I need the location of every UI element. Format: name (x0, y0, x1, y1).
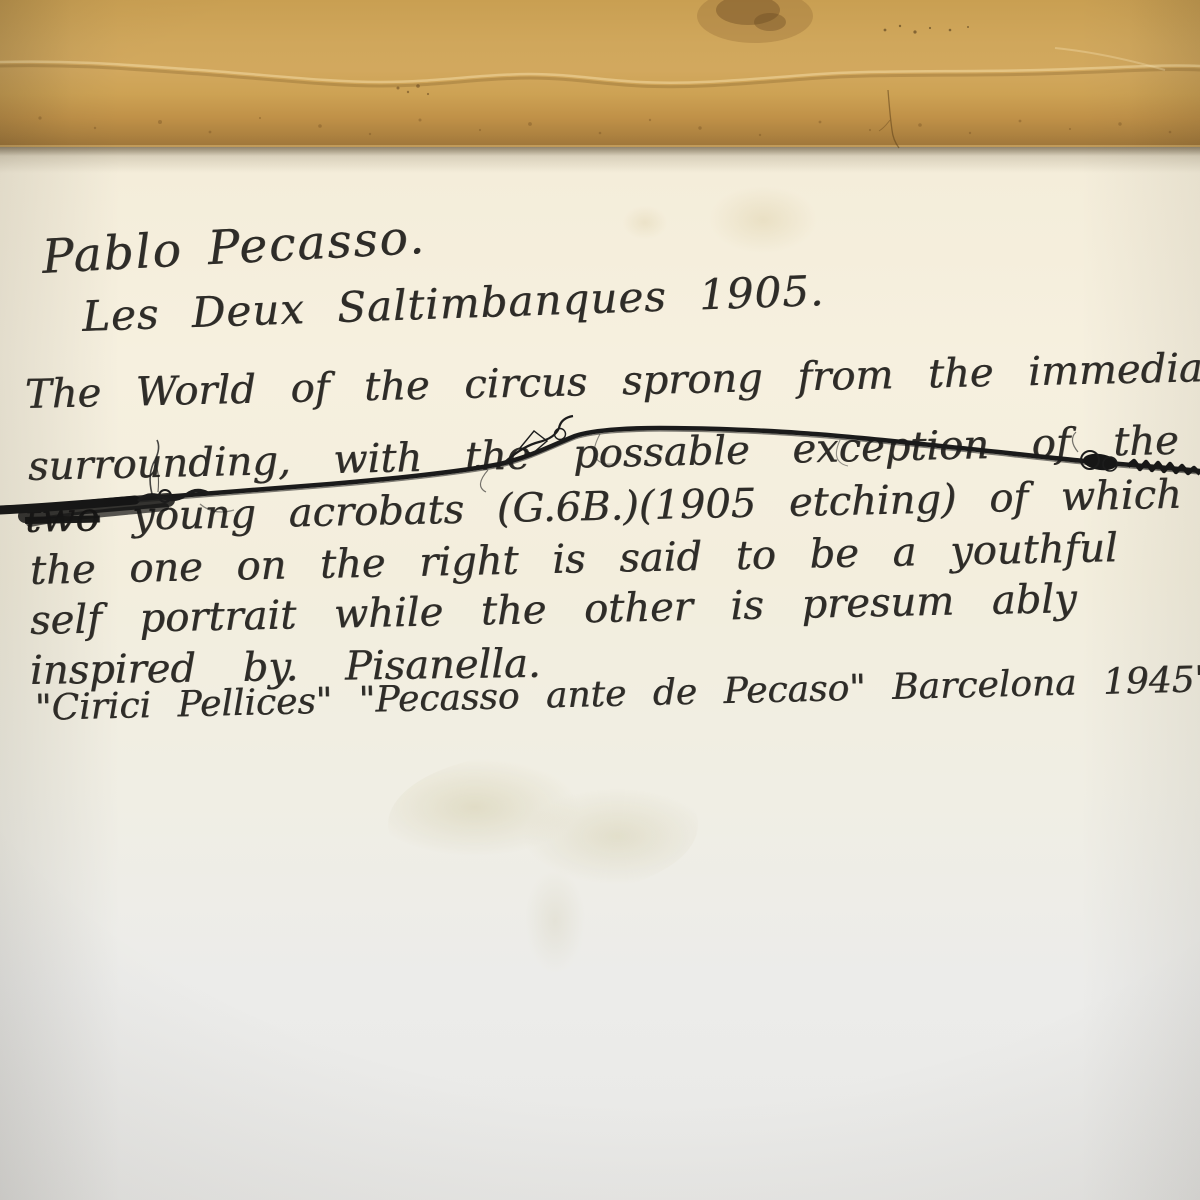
frame-edge-shadow (0, 147, 1200, 156)
frame-edge (0, 0, 1200, 147)
framed-artwork-back-photo: Pablo Pecasso. Les Deux Saltimbanques 19… (0, 0, 1200, 1200)
struck-word: two (25, 494, 100, 542)
